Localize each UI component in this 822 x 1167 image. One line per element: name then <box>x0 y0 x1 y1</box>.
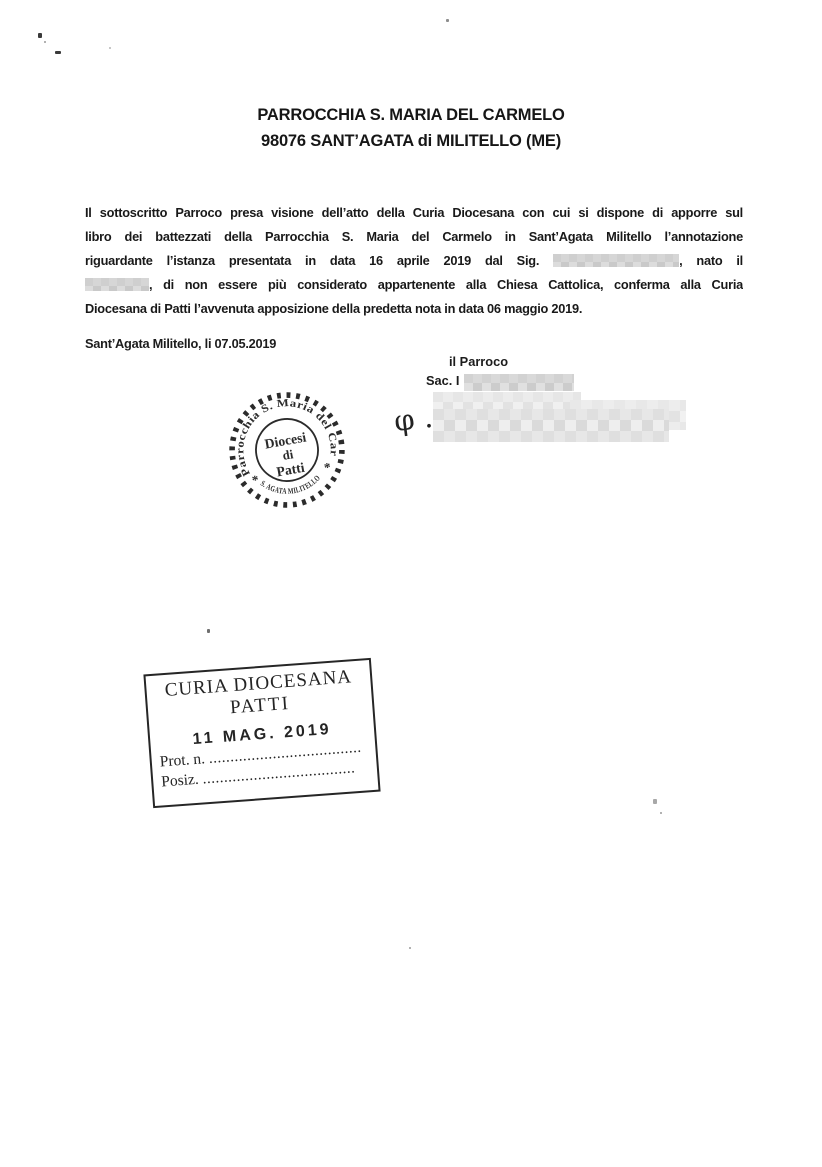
body-text: , di non essere più considerato apparten… <box>149 277 743 292</box>
letterhead-line2: 98076 SANT’AGATA di MILITELLO (ME) <box>0 128 822 154</box>
redaction-block <box>433 409 669 442</box>
body-line: libro dei battezzati della Parrocchia S.… <box>85 225 743 249</box>
body-text: Diocesana di Patti l’avvenuta apposizion… <box>85 301 582 316</box>
scan-speck <box>446 19 449 22</box>
scan-speck <box>409 947 411 949</box>
body-text: riguardante l’istanza presentata in data… <box>85 253 553 268</box>
body-text: Il sottoscritto Parroco presa visione de… <box>85 205 743 220</box>
body-line: Il sottoscritto Parroco presa visione de… <box>85 201 743 225</box>
scan-speck <box>44 41 46 43</box>
body-text: libro dei battezzati della Parrocchia S.… <box>85 229 743 244</box>
redaction-block <box>553 254 679 267</box>
scan-speck <box>38 33 42 38</box>
letterhead-line1: PARROCCHIA S. MARIA DEL CARMELO <box>0 102 822 128</box>
stamp-star-left: * <box>251 472 260 488</box>
redaction-block <box>464 374 574 391</box>
redaction-block <box>433 392 581 410</box>
body-text: , nato il <box>679 253 743 268</box>
body-line: , di non essere più considerato apparten… <box>85 273 743 297</box>
scan-speck <box>55 51 61 54</box>
scanned-letter-page: PARROCCHIA S. MARIA DEL CARMELO 98076 SA… <box>0 0 822 1167</box>
scan-speck <box>653 799 657 804</box>
signature-name-prefix: Sac. I <box>426 373 459 388</box>
handwritten-signature-mark: φ . <box>392 400 435 438</box>
letterhead: PARROCCHIA S. MARIA DEL CARMELO 98076 SA… <box>0 102 822 154</box>
stamp-center-line3: Patti <box>275 460 306 480</box>
prot-label: Prot. n. <box>159 750 205 770</box>
scan-speck <box>660 812 662 814</box>
stamp-center-line2: di <box>281 447 294 463</box>
scan-speck <box>207 629 210 633</box>
body-paragraph: Il sottoscritto Parroco presa visione de… <box>85 201 743 321</box>
round-parish-stamp: Parrocchia S. Maria del Carmelo S. AGATA… <box>216 379 357 520</box>
body-line: Diocesana di Patti l’avvenuta apposizion… <box>85 297 743 321</box>
posiz-label: Posiz. <box>161 771 200 791</box>
redaction-block <box>85 278 149 291</box>
body-line: riguardante l’istanza presentata in data… <box>85 249 743 273</box>
stamp-star-right: * <box>323 459 332 475</box>
scan-speck <box>109 47 111 49</box>
signature-role: il Parroco <box>449 354 508 369</box>
round-stamp-graphic: Parrocchia S. Maria del Carmelo S. AGATA… <box>216 379 357 520</box>
dateline: Sant’Agata Militello, li 07.05.2019 <box>85 336 276 351</box>
curia-date-stamp: CURIA DIOCESANA PATTI 11 MAG. 2019 Prot.… <box>143 658 380 808</box>
